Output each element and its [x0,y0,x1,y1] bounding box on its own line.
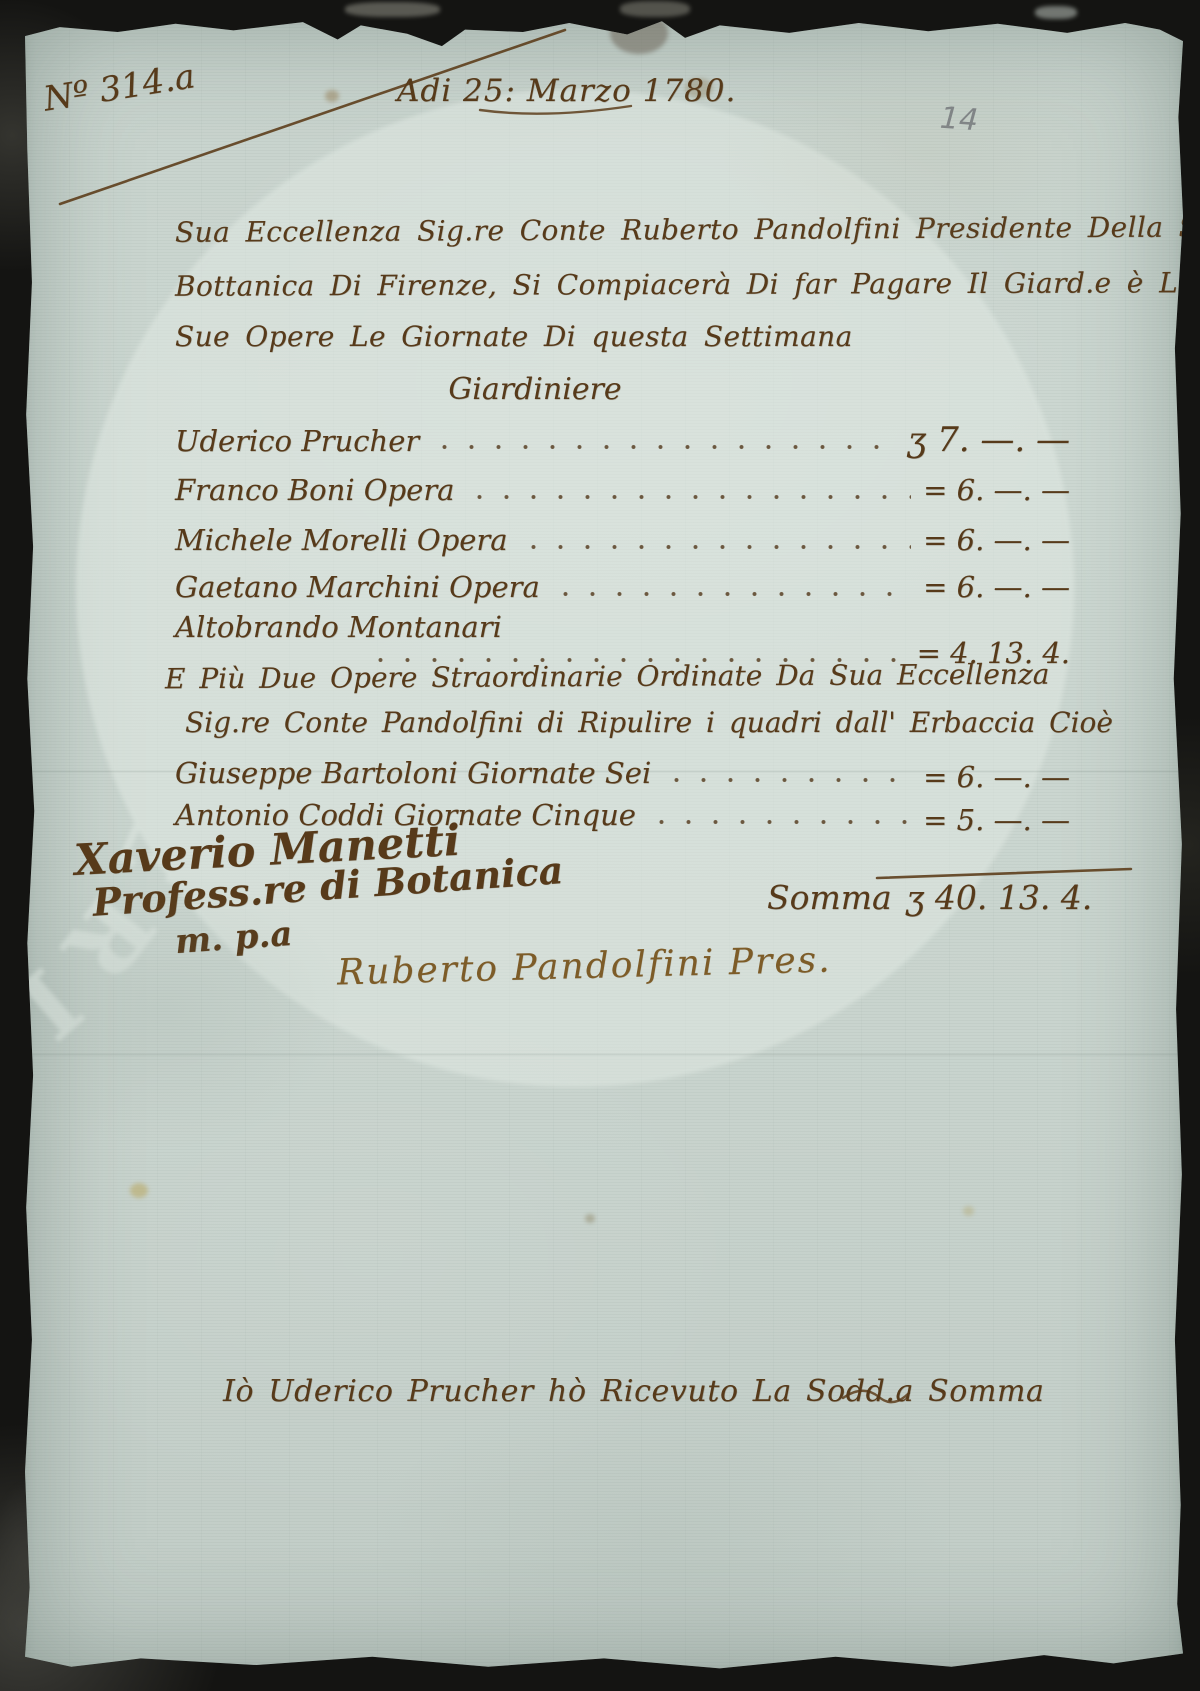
torn-edge-debris [345,2,440,17]
amount: ʒ 7. —. — [907,420,1070,460]
worker-name: Franco Boni Opera [175,473,454,507]
pandolfini-signature: Ruberto Pandolfini Pres. [337,940,832,994]
amount: = 5. —. — [923,803,1070,837]
paper-stain [130,1183,148,1198]
amount: = 6. —. — [923,473,1070,507]
leader-dots [552,589,911,599]
leader-dots [466,492,911,502]
document-page: SPERITA · PVBLICA · AVGE [25,18,1183,1670]
ledger-row: Gaetano Marchini Opera = 6. —. — [175,570,1070,604]
worker-name: Michele Morelli Opera [175,523,508,557]
amount: = 6. —. — [923,760,1070,794]
paragraph-line: Sue Opere Le Giornate Di questa Settiman… [175,320,853,353]
ledger-row: Giuseppe Bartoloni Giornate Sei = 6. —. … [175,756,1070,790]
receipt-line: Iò Uderico Prucher hò Ricevuto La Sodd.a… [223,1374,1045,1409]
paragraph-line: Sua Eccellenza Sig.re Conte Ruberto Pand… [175,210,1200,249]
note-line: E Più Due Opere Straordinarie Ordinate D… [165,658,1050,696]
folio-number-pencil: 14 [939,101,980,139]
paper-stain [325,90,339,102]
worker-name: Uderico Prucher [175,424,419,458]
sum-line: Sommaʒ 40. 13. 4. [767,878,1092,917]
fold-crease [25,1053,1183,1056]
diagonal-pen-stroke [60,30,565,204]
torn-edge-chip [1035,6,1077,19]
registry-number: Nº 314.a [41,56,198,119]
leader-dots [648,817,911,827]
ledger-row: Michele Morelli Opera = 6. —. — [175,523,1070,557]
paper-stain [963,1206,974,1216]
sum-label: Somma [767,878,892,917]
scan-background: SPERITA · PVBLICA · AVGE [0,0,1200,1691]
leader-dots [520,542,912,552]
note-line: Sig.re Conte Pandolfini di Ripulire i qu… [185,706,1113,739]
leader-dots [663,775,911,785]
section-heading: Giardiniere [365,372,705,407]
amount: = 6. —. — [923,523,1070,557]
amount: = 6. —. — [923,570,1070,604]
worker-name: Gaetano Marchini Opera [175,570,540,604]
ledger-row: Uderico Prucher ʒ 7. —. — [175,420,1070,460]
sum-rule-stroke [877,869,1131,878]
ledger-row: Franco Boni Opera = 6. —. — [175,473,1070,507]
paper-stain [585,1214,595,1223]
leader-dots [431,442,895,452]
manetti-manu-propria: m. p.a [174,914,294,962]
torn-edge-debris [620,1,690,17]
date-line: Adi 25: Marzo 1780. [397,73,736,109]
paragraph-line: Bottanica Di Firenze, Si Compiacerà Di f… [175,266,1195,303]
ink-smudge-stain [610,12,668,54]
worker-name: Giuseppe Bartoloni Giornate Sei [175,756,651,790]
sum-amount: ʒ 40. 13. 4. [906,878,1093,917]
